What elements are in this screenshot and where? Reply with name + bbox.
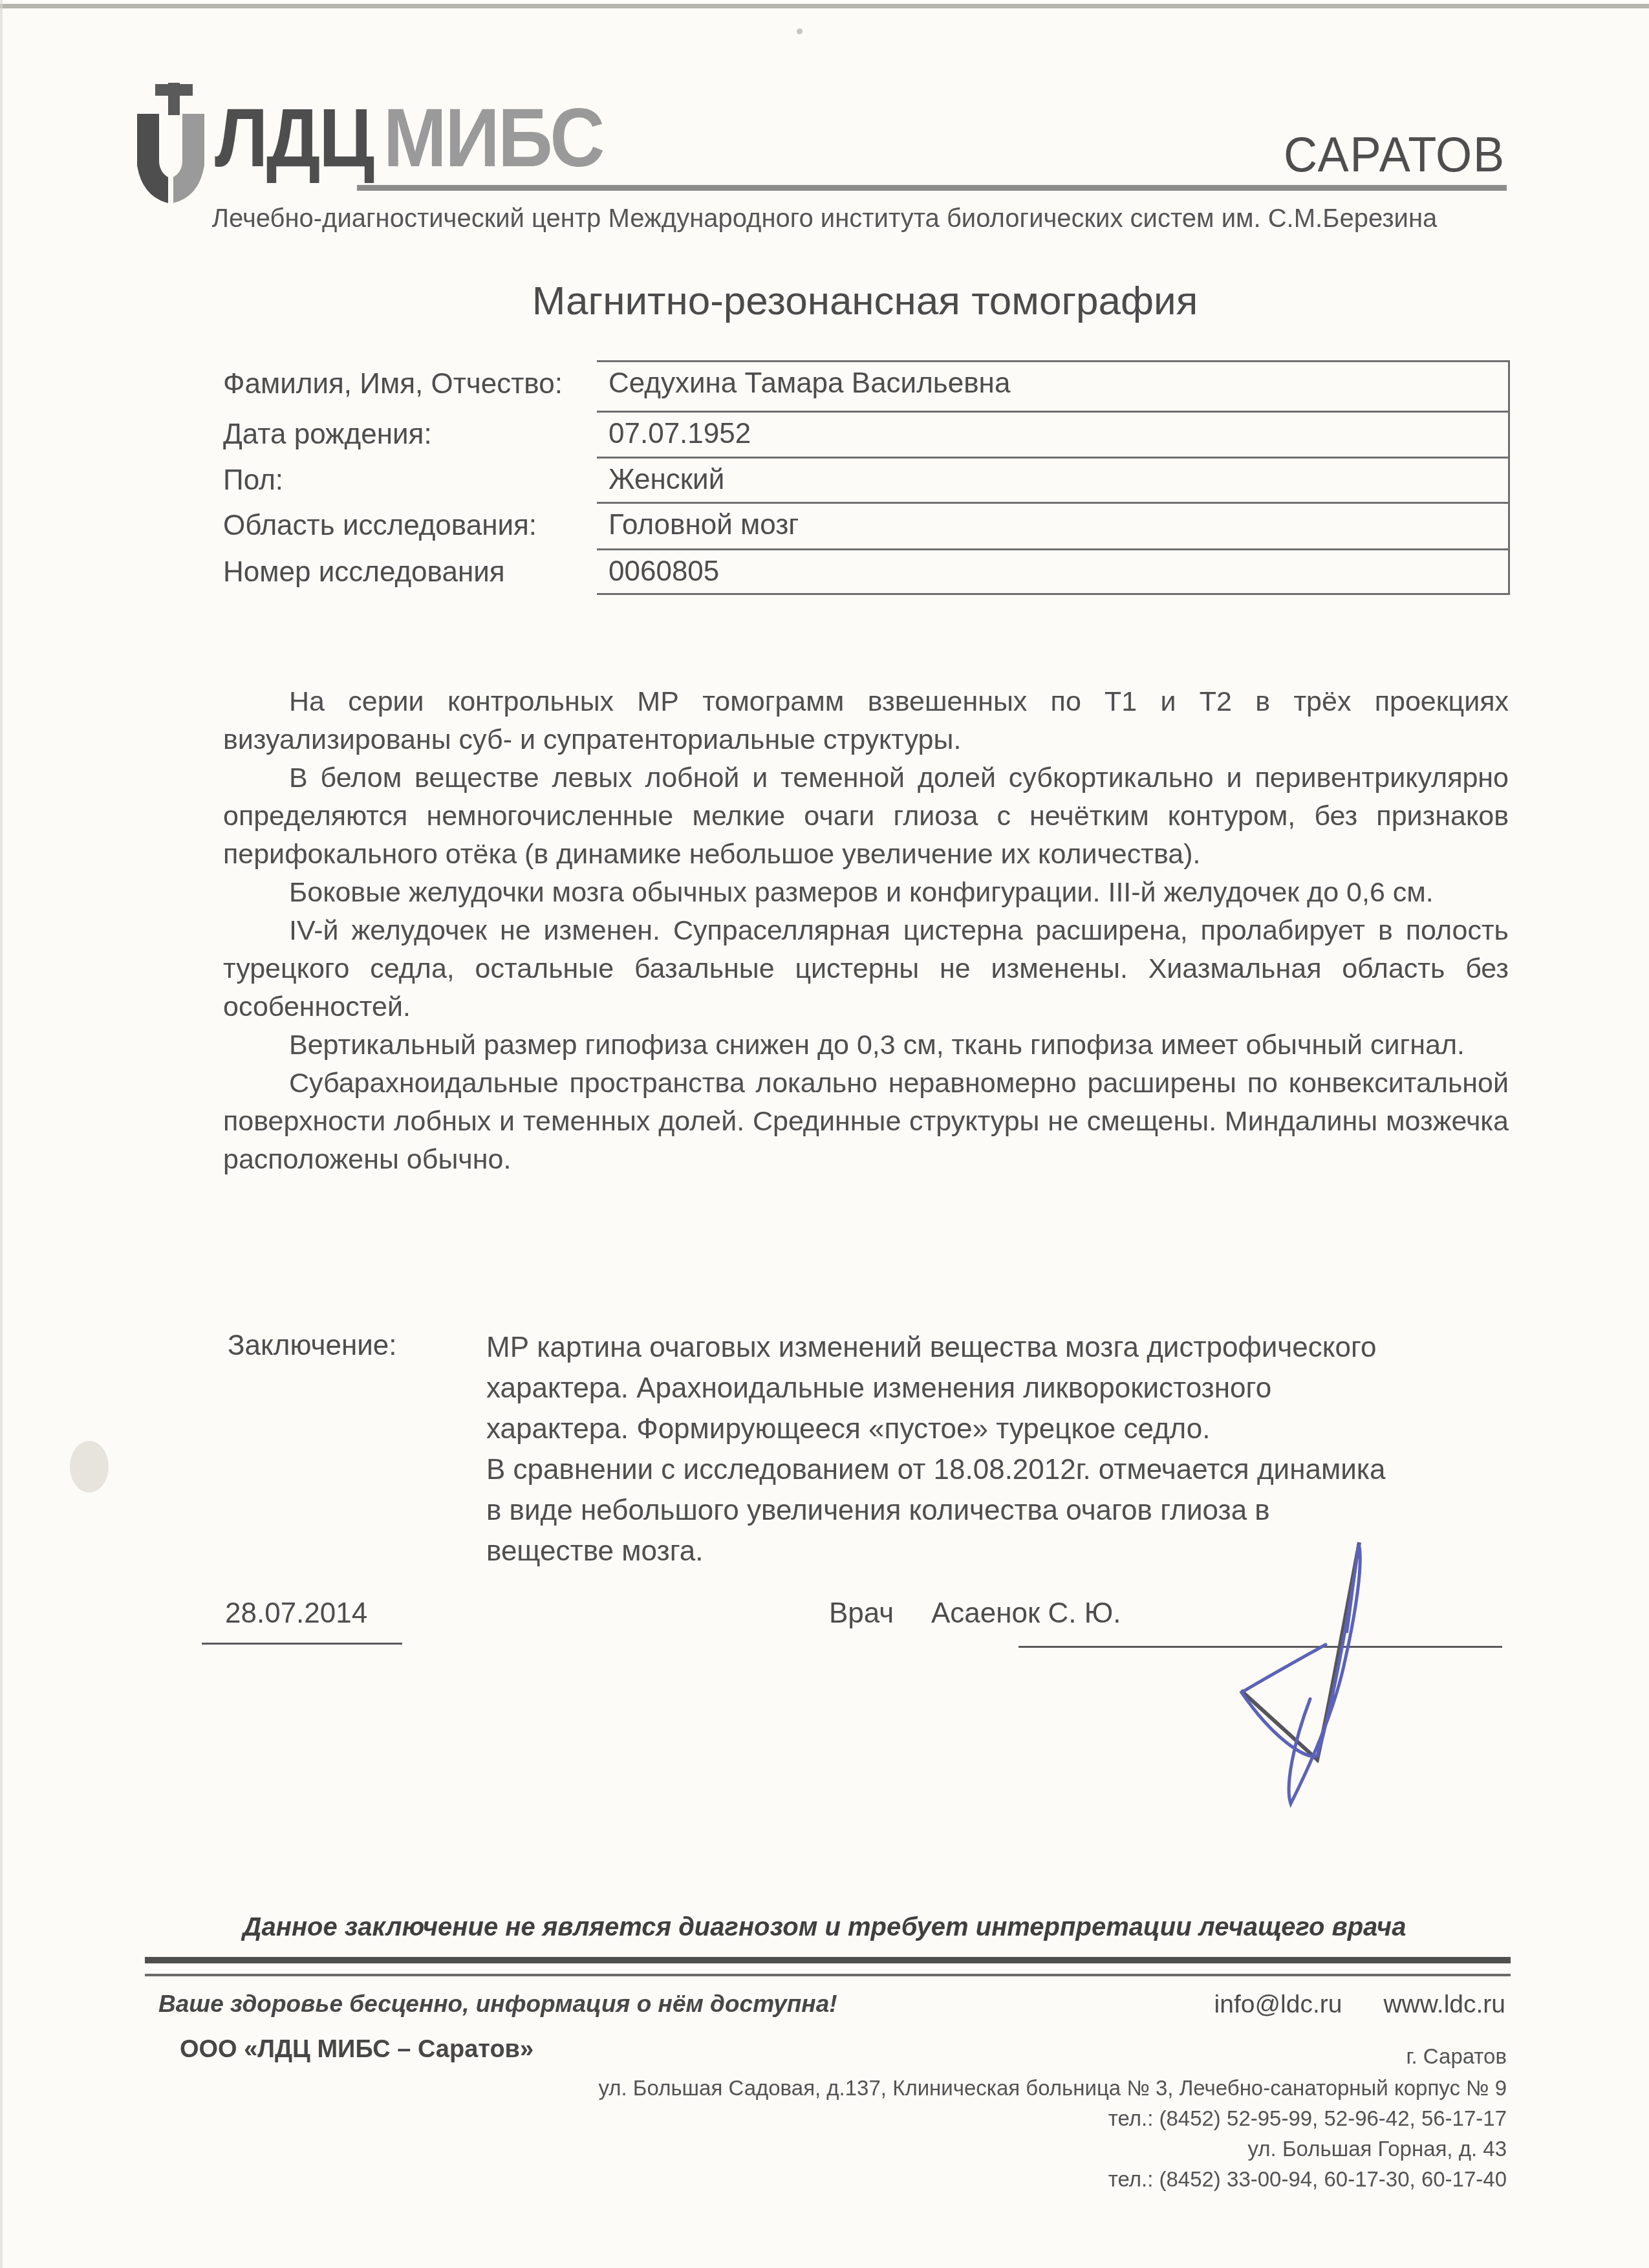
table-row: Дата рождения: 07.07.1952 [223, 411, 1510, 457]
field-label-study-number: Номер исследования [223, 548, 597, 595]
table-row: Номер исследования 0060805 [223, 548, 1510, 595]
footer-address-1: ул. Большая Садовая, д.137, Клиническая … [598, 2073, 1507, 2103]
scan-edge-top [0, 4, 1649, 8]
center-subtitle: Лечебно-диагностический центр Международ… [0, 204, 1649, 233]
field-value-study-area: Головной мозг [597, 502, 1510, 548]
field-value-birthdate: 07.07.1952 [597, 411, 1510, 457]
field-label-birthdate: Дата рождения: [223, 411, 597, 457]
field-label-sex: Пол: [223, 457, 597, 502]
field-label-study-area: Область исследования: [223, 502, 597, 548]
logo-ldc-text: ЛДЦ [215, 92, 372, 184]
document-title: Магнитно-резонансная томография [223, 278, 1507, 324]
findings-paragraph: На серии контрольных МР томограмм взвеше… [223, 683, 1509, 759]
scan-dot [797, 28, 803, 34]
findings-paragraph: В белом веществе левых лобной и теменной… [223, 759, 1509, 874]
report-date: 28.07.2014 [225, 1597, 367, 1630]
mri-report-page: ЛДЦМИБС САРАТОВ Лечебно-диагностический … [0, 0, 1649, 2268]
field-value-sex: Женский [597, 457, 1510, 502]
footer-company: ООО «ЛДЦ МИБС – Саратов» [180, 2036, 533, 2064]
header-rule [357, 185, 1507, 191]
footer-address-2: ул. Большая Горная, д. 43 [598, 2133, 1507, 2164]
doctor-name: Асаенок С. Ю. [931, 1597, 1121, 1630]
table-row: Область исследования: Головной мозг [223, 502, 1510, 548]
date-underline [202, 1643, 402, 1645]
footer-website: www.ldc.ru [1383, 1991, 1505, 2019]
findings-section: На серии контрольных МР томограмм взвеше… [223, 683, 1509, 1179]
scan-smudge [70, 1441, 109, 1493]
patient-info-table: Фамилия, Имя, Отчество: Седухина Тамара … [223, 360, 1510, 595]
table-row: Пол: Женский [223, 457, 1510, 502]
field-value-fio: Седухина Тамара Васильевна [597, 360, 1510, 411]
field-label-fio: Фамилия, Имя, Отчество: [223, 360, 597, 411]
conclusion-main: МР картина очаговых изменений вещества м… [486, 1327, 1405, 1449]
footer-contacts: info@ldc.ru www.ldc.ru [1214, 1991, 1505, 2019]
logo-wordmark: ЛДЦМИБС [215, 97, 603, 180]
conclusion-label: Заключение: [228, 1330, 396, 1362]
footer-rule-thick [145, 1957, 1511, 1963]
footer-phone-1: тел.: (8452) 52-95-99, 52-96-42, 56-17-1… [598, 2103, 1507, 2133]
footer-slogan: Ваше здоровье бесценно, информация о нём… [158, 1991, 837, 2018]
doctor-signature [1190, 1529, 1526, 1830]
findings-paragraph: IV-й желудочек не изменен. Супраселлярна… [223, 912, 1509, 1026]
footer-city: г. Саратов [598, 2041, 1507, 2071]
footer-phone-2: тел.: (8452) 33-00-94, 60-17-30, 60-17-4… [598, 2164, 1507, 2194]
findings-paragraph: Боковые желудочки мозга обычных размеров… [223, 874, 1509, 912]
doctor-label: Врач [829, 1597, 894, 1630]
logo-mibs-text: МИБС [383, 92, 603, 184]
footer-disclaimer: Данное заключение не является диагнозом … [0, 1913, 1649, 1942]
field-value-study-number: 0060805 [597, 548, 1510, 595]
findings-paragraph: Вертикальный размер гипофиза снижен до 0… [223, 1026, 1509, 1064]
findings-paragraph: Субарахноидальные пространства локально … [223, 1064, 1509, 1179]
mibs-magnet-logo-icon [128, 83, 213, 209]
table-row: Фамилия, Имя, Отчество: Седухина Тамара … [223, 360, 1510, 411]
footer-rule-thin [145, 1974, 1511, 1976]
footer-address-block: г. Саратов ул. Большая Садовая, д.137, К… [598, 2041, 1507, 2194]
footer-email: info@ldc.ru [1214, 1991, 1342, 2019]
branch-city: САРАТОВ [1284, 127, 1505, 183]
